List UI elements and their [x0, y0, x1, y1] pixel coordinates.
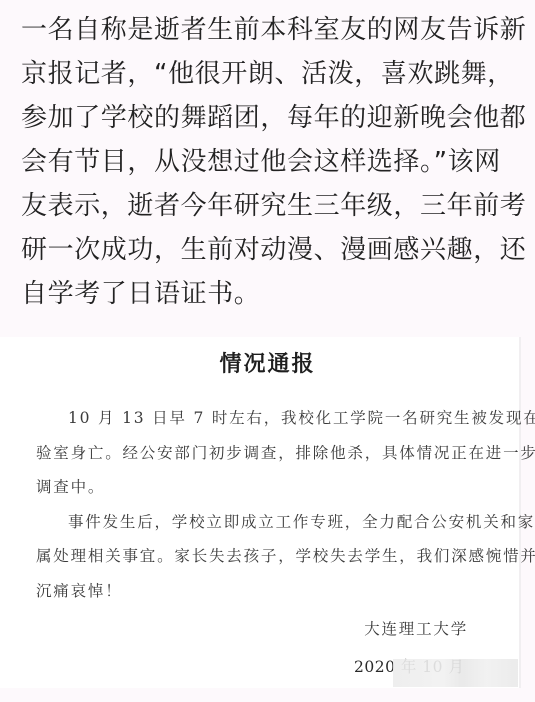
article-line: 一名自称是逝者生前本科室友的网友告诉新 — [21, 8, 517, 52]
article-line: 参加了学校的舞蹈团，每年的迎新晚会他都 — [21, 96, 517, 140]
article-line: 研一次成功，生前对动漫、漫画感兴趣，还 — [21, 228, 517, 272]
notice-line: 属处理相关事宜。家长失去孩子，学校失去学生，我们深感惋惜并 — [36, 539, 486, 574]
official-notice-image: 情况通报 10 月 13 日早 7 时左右，我校化工学院一名研究生被发现在实 验… — [0, 337, 521, 688]
notice-line: 10 月 13 日早 7 时左右，我校化工学院一名研究生被发现在实 — [36, 401, 486, 436]
watermark-blur-overlay — [393, 659, 518, 687]
article-line: 会有节目，从没想过他会这样选择。”该网 — [21, 140, 517, 184]
bottom-margin — [0, 688, 535, 702]
notice-body: 10 月 13 日早 7 时左右，我校化工学院一名研究生被发现在实 验室身亡。经… — [36, 401, 486, 608]
notice-line: 验室身亡。经公安部门初步调查，排除他杀，具体情况正在进一步 — [36, 436, 486, 471]
article-line: 京报记者，“他很开朗、活泼，喜欢跳舞， — [21, 52, 517, 96]
notice-line: 调查中。 — [36, 470, 486, 505]
notice-title: 情况通报 — [0, 347, 535, 378]
notice-signature: 大连理工大学 — [364, 617, 468, 639]
screenshot-page: 一名自称是逝者生前本科室友的网友告诉新 京报记者，“他很开朗、活泼，喜欢跳舞， … — [0, 0, 535, 702]
article-line: 自学考了日语证书。 — [21, 272, 517, 316]
article-paragraph: 一名自称是逝者生前本科室友的网友告诉新 京报记者，“他很开朗、活泼，喜欢跳舞， … — [21, 8, 517, 316]
notice-line: 事件发生后，学校立即成立工作专班，全力配合公安机关和家 — [36, 505, 486, 540]
news-article-excerpt: 一名自称是逝者生前本科室友的网友告诉新 京报记者，“他很开朗、活泼，喜欢跳舞， … — [0, 0, 535, 337]
article-line: 友表示，逝者今年研究生三年级，三年前考 — [21, 184, 517, 228]
notice-line: 沉痛哀悼！ — [36, 574, 486, 609]
